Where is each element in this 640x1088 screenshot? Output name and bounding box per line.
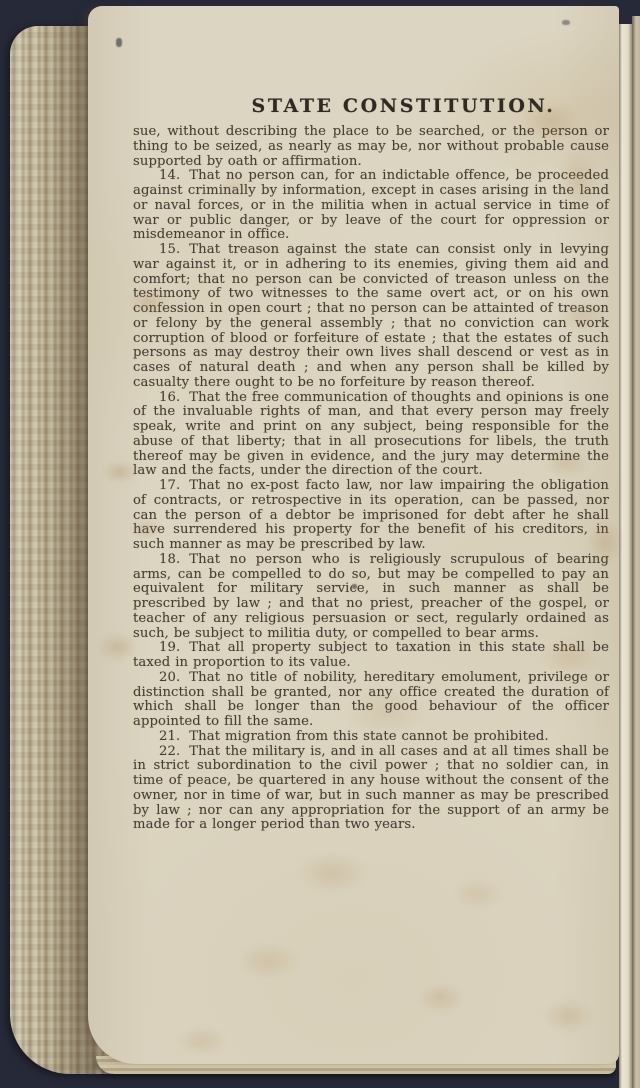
paragraph-19: 19.That all property subject to taxation… [133,641,609,671]
paragraph-18: 18.That no person who is religiously scr… [133,553,609,642]
book-page: STATE CONSTITUTION. sue, without describ… [88,6,619,1064]
page-body: sue, without describing the place to be … [133,117,609,833]
paragraph-number: 16. [159,390,180,405]
book-photo: STATE CONSTITUTION. sue, without describ… [0,0,640,1088]
paragraph-number: 15. [159,242,180,257]
paragraph-number: 21. [159,729,180,744]
paragraph-number: 22. [159,744,180,759]
adjacent-page-edge [632,16,640,1088]
page-fore-edge-right [619,24,632,1088]
paragraph-number: 18. [159,552,180,567]
paragraph-number: 17. [159,478,180,493]
paragraph-number: 19. [159,640,180,655]
paragraph-number: 20. [159,670,180,685]
paragraph-17: 17.That no ex-post facto law, nor law im… [133,479,609,553]
paragraph-22: 22.That the military is, and in all case… [133,745,609,834]
paragraph-14: 14.That no person can, for an indictable… [133,169,609,243]
paragraph-number: 14. [159,168,180,183]
paragraph-16: 16.That the free communication of though… [133,391,609,480]
paragraph-continuation: sue, without describing the place to be … [133,125,609,169]
paragraph-21: 21.That migration from this state cannot… [133,730,609,745]
paragraph-20: 20.That no title of nobility, hereditary… [133,671,609,730]
page-title: STATE CONSTITUTION. [138,6,640,117]
paragraph-15: 15.That treason against the state can co… [133,243,609,391]
